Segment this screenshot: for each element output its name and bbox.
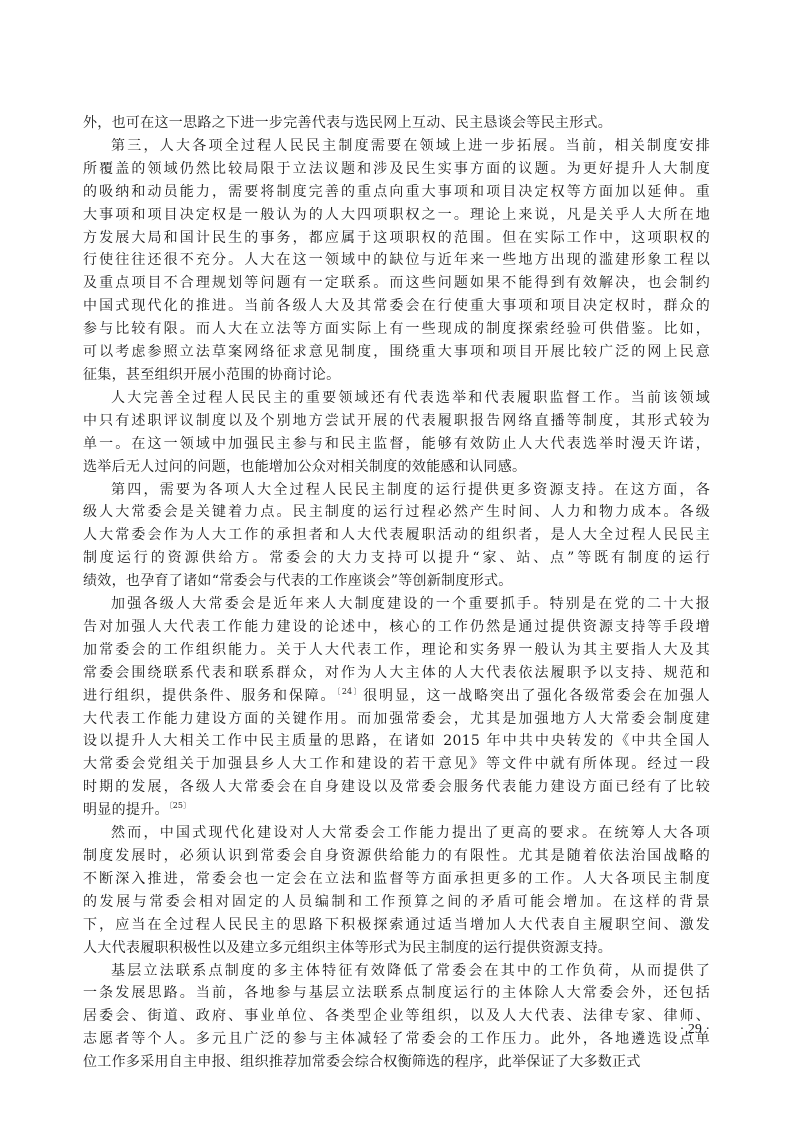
text-line: 可以考虑参照立法草案网络征求意见制度，围绕重大事项和项目开展比较广泛的网上民意 xyxy=(83,341,710,364)
text-line: 明显的提升。〔25〕 xyxy=(83,799,710,822)
paragraph: 外，也可在这一思路之下进一步完善代表与选民网上互动、民主恳谈会等民主形式。 xyxy=(83,112,710,135)
text-line: 志愿者等个人。多元且广泛的参与主体减轻了常委会的工作压力。此外，各地遴选设点单 xyxy=(83,1028,710,1051)
text-line: 大事项和项目决定权是一般认为的人大四项职权之一。理论上来说，凡是关乎人大所在地 xyxy=(83,204,710,227)
text-line: 然而，中国式现代化建设对人大常委会工作能力提出了更高的要求。在统筹人大各项 xyxy=(83,822,710,845)
text-line: 告对加强人大代表工作能力建设的论述中，核心的工作仍然是通过提供资源支持等手段增 xyxy=(83,616,710,639)
text-line: 位工作多采用自主申报、组织推荐加常委会综合权衡筛选的程序，此举保证了大多数正式 xyxy=(83,1051,710,1074)
text-line: 常委会围绕联系代表和联系群众，对作为人大主体的人大代表依法履职予以支持、规范和 xyxy=(83,662,710,685)
text-line: 绩效，也孕育了诸如“常委会与代表的工作座谈会”等创新制度形式。 xyxy=(83,570,710,593)
text-line: 加常委会的工作组织能力。关于人大代表工作，理论和实务界一般认为其主要指人大及其 xyxy=(83,639,710,662)
text-line: 中只有述职评议制度以及个别地方尝试开展的代表履职报告网络直播等制度，其形式较为 xyxy=(83,410,710,433)
text-line: 中国式现代化的推进。当前各级人大及其常委会在行使重大事项和项目决定权时，群众的 xyxy=(83,295,710,318)
text-line: 方发展大局和国计民生的事务，都应属于这项职权的范围。但在实际工作中，这项职权的 xyxy=(83,227,710,250)
paragraph: 然而，中国式现代化建设对人大常委会工作能力提出了更高的要求。在统筹人大各项制度发… xyxy=(83,822,710,959)
text-line: 第三，人大各项全过程人民民主制度需要在领域上进一步拓展。当前，相关制度安排 xyxy=(83,135,710,158)
text-line: 设以提升人大相关工作中民主质量的思路，在诸如 2015 年中共中央转发的《中共全… xyxy=(83,730,710,753)
text-line: 选举后无人过问的问题，也能增加公众对相关制度的效能感和认同感。 xyxy=(83,456,710,479)
paragraph: 加强各级人大常委会是近年来人大制度建设的一个重要抓手。特别是在党的二十大报告对加… xyxy=(83,593,710,822)
text-line: 时期的发展，各级人大常委会在自身建设以及常委会服务代表能力建设方面已经有了比较 xyxy=(83,776,710,799)
page-number: · 29 · xyxy=(660,1022,710,1038)
text-line: 居委会、街道、政府、事业单位、各类型企业等组织，以及人大代表、法律专家、律师、 xyxy=(83,1005,710,1028)
text-line: 参与比较有限。而人大在立法等方面实际上有一些现成的制度探索经验可供借鉴。比如， xyxy=(83,318,710,341)
text-line: 人大完善全过程人民民主的重要领域还有代表选举和代表履职监督工作。当前该领域 xyxy=(83,387,710,410)
text-line: 基层立法联系点制度的多主体特征有效降低了常委会在其中的工作负荷，从而提供了 xyxy=(83,960,710,983)
text-line: 加强各级人大常委会是近年来人大制度建设的一个重要抓手。特别是在党的二十大报 xyxy=(83,593,710,616)
text-line: 的发展与常委会相对固定的人员编制和工作预算之间的矛盾可能会增加。在这样的背景 xyxy=(83,891,710,914)
paragraph: 基层立法联系点制度的多主体特征有效降低了常委会在其中的工作负荷，从而提供了一条发… xyxy=(83,960,710,1075)
text-line: 一条发展思路。当前，各地参与基层立法联系点制度运行的主体除人大常委会外，还包括 xyxy=(83,982,710,1005)
text-line: 第四，需要为各项人大全过程人民民主制度的运行提供更多资源支持。在这方面，各 xyxy=(83,479,710,502)
text-line: 外，也可在这一思路之下进一步完善代表与选民网上互动、民主恳谈会等民主形式。 xyxy=(83,112,710,135)
text-line: 及重点项目不合理规划等问题有一定联系。而这些问题如果不能得到有效解决，也会制约 xyxy=(83,272,710,295)
text-line: 制度发展时，必须认识到常委会自身资源供给能力的有限性。尤其是随着依法治国战略的 xyxy=(83,845,710,868)
text-line: 大代表工作能力建设方面的关键作用。而加强常委会，尤其是加强地方人大常委会制度建 xyxy=(83,708,710,731)
text-line: 征集，甚至组织开展小范围的协商讨论。 xyxy=(83,364,710,387)
text-line: 进行组织，提供条件、服务和保障。〔24〕很明显，这一战略突出了强化各级常委会在加… xyxy=(83,685,710,708)
paragraph: 人大完善全过程人民民主的重要领域还有代表选举和代表履职监督工作。当前该领域中只有… xyxy=(83,387,710,479)
paragraph: 第四，需要为各项人大全过程人民民主制度的运行提供更多资源支持。在这方面，各级人大… xyxy=(83,479,710,594)
text-line: 人大常委会作为人大工作的承担者和人大代表履职活动的组织者，是人大全过程人民民主 xyxy=(83,524,710,547)
text-line: 单一。在这一领域中加强民主参与和民主监督，能够有效防止人大代表选举时漫天许诺， xyxy=(83,433,710,456)
citation-marker: 〔24〕 xyxy=(336,687,363,696)
text-line: 所覆盖的领域仍然比较局限于立法议题和涉及民生实事方面的议题。为更好提升人大制度 xyxy=(83,158,710,181)
text-line: 的吸纳和动员能力，需要将制度完善的重点向重大事项和项目决定权等方面加以延伸。重 xyxy=(83,181,710,204)
text-line: 不断深入推进，常委会也一定会在立法和监督等方面承担更多的工作。人大各项民主制度 xyxy=(83,868,710,891)
text-line: 人大代表履职积极性以及建立多元组织主体等形式为民主制度的运行提供资源支持。 xyxy=(83,937,710,960)
document-body: 外，也可在这一思路之下进一步完善代表与选民网上互动、民主恳谈会等民主形式。第三，… xyxy=(83,112,710,1074)
text-line: 行使往往还很不充分。人大在这一领域中的缺位与近年来一些地方出现的滥建形象工程以 xyxy=(83,249,710,272)
citation-marker: 〔25〕 xyxy=(169,801,191,810)
text-line: 级人大常委会是关键着力点。民主制度的运行过程必然产生时间、人力和物力成本。各级 xyxy=(83,501,710,524)
text-line: 大常委会党组关于加强县乡人大工作和建设的若干意见》等文件中就有所体现。经过一段 xyxy=(83,753,710,776)
text-line: 制度运行的资源供给方。常委会的大力支持可以提升“家、站、点”等既有制度的运行 xyxy=(83,547,710,570)
text-line: 下，应当在全过程人民民主的思路下积极探索通过适当增加人大代表自主履职空间、激发 xyxy=(83,914,710,937)
paragraph: 第三，人大各项全过程人民民主制度需要在领域上进一步拓展。当前，相关制度安排所覆盖… xyxy=(83,135,710,387)
